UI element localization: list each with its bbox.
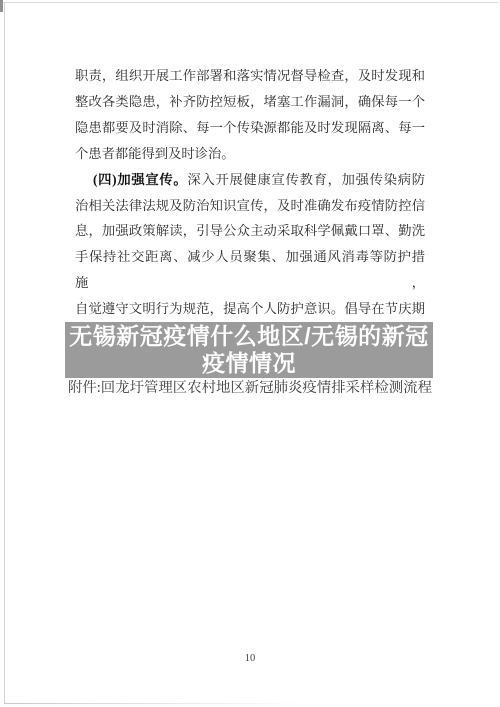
- body-line: 治相关法律法规及防治知识宣传，及时准确发布疫情防控信: [75, 193, 425, 219]
- body-line: 自觉遵守文明行为规范，提高个人防护意识。倡导在节庆期: [75, 296, 425, 322]
- body-line: 隐患都要及时消除、每一个传染源都能及时发现隔离、每一: [75, 115, 425, 141]
- body-line: 息，加强政策解读，引导公众主动采取科学佩戴口罩、勤洗: [75, 218, 425, 244]
- body-line: 手保持社交距离、减少人员聚集、加强通风消毒等防护措施，: [75, 244, 425, 296]
- body-line: 职责，组织开展工作部署和落实情况督导检查，及时发现和: [75, 63, 425, 89]
- page-edge-left: [4, 2, 5, 703]
- body-line: 个患者都能得到及时诊治。: [75, 141, 425, 167]
- body-paragraph-2: (四)加强宣传。深入开展健康宣传教育，加强传染病防 治相关法律法规及防治知识宣传…: [75, 167, 425, 348]
- attachment-line: 附件:回龙圩管理区农村地区新冠肺炎疫情排采样检测流程: [68, 379, 432, 398]
- body-line: 整改各类隐患，补齐防控短板，堵塞工作漏洞，确保每一个: [75, 89, 425, 115]
- body-line-text: 深入开展健康宣传教育，加强传染病防: [187, 172, 425, 187]
- overlay-title-line1: 无锡新冠疫情什么地区/无锡的新冠: [65, 323, 433, 350]
- page-edge-top: [2, 2, 498, 3]
- page-corner-mark: [0, 0, 3, 12]
- body-text-block: 职责，组织开展工作部署和落实情况督导检查，及时发现和 整改各类隐患，补齐防控短板…: [75, 63, 425, 348]
- overlay-title-bar: 无锡新冠疫情什么地区/无锡的新冠 疫情情况: [65, 322, 433, 378]
- overlay-title-line2: 疫情情况: [65, 350, 433, 377]
- section-heading: (四)加强宣传。: [93, 172, 187, 187]
- body-line: (四)加强宣传。深入开展健康宣传教育，加强传染病防: [75, 167, 425, 193]
- body-paragraph-1: 职责，组织开展工作部署和落实情况督导检查，及时发现和 整改各类隐患，补齐防控短板…: [75, 63, 425, 167]
- page-edge-bottom: [4, 703, 304, 704]
- page-number: 10: [0, 653, 500, 664]
